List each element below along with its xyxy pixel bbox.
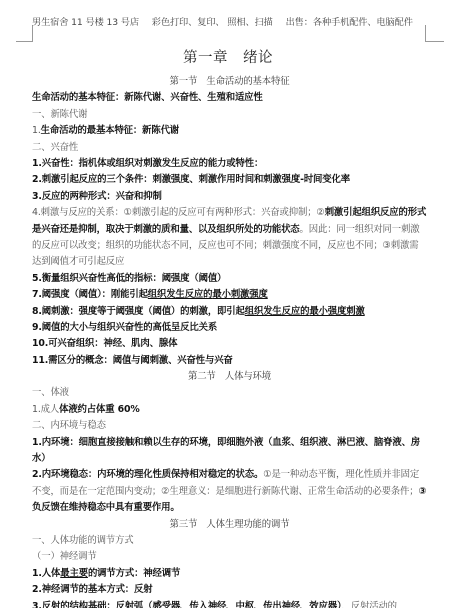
- list-item: 2.内环境稳态：内环境的理化性质保持相对稳定的状态。①是一种动态平衡，理化性质并…: [32, 467, 427, 516]
- list-item: 1.成人体液约占体重 60%: [32, 402, 427, 418]
- subheading: 一、新陈代谢: [32, 107, 427, 123]
- section-title: 第一节 生命活动的基本特征: [32, 74, 427, 90]
- subheading: 一、体液: [32, 385, 427, 401]
- header-sales: 出售：各种手机配件、电脑配件: [286, 17, 413, 28]
- header-corner-mark-right: [425, 25, 444, 42]
- list-item: 5.衡量组织兴奋性高低的指标：阈强度（阈值）: [32, 271, 427, 287]
- list-item: 1.生命活动的最基本特征：新陈代谢: [32, 123, 427, 139]
- header-corner-mark-left: [16, 25, 33, 42]
- chapter-title: 第一章 绪论: [0, 46, 456, 67]
- subheading: （一）神经调节: [32, 549, 427, 565]
- list-item: 3.反应的两种形式：兴奋和抑制: [32, 189, 427, 205]
- list-item: 4.刺激与反应的关系：①刺激引起的反应可有两种形式：兴奋或抑制；②刺激引起组织反…: [32, 205, 427, 271]
- list-item: 1.兴奋性：指机体或组织对刺激发生反应的能力或特性：: [32, 156, 427, 172]
- subheading: 一、人体功能的调节方式: [32, 533, 427, 549]
- list-item: 7.阈强度（阈值）：刚能引起组织发生反应的最小刺激强度: [32, 287, 427, 303]
- header-location: 男生宿舍 11 号楼 13 号店: [32, 17, 139, 28]
- list-item: 2.神经调节的基本方式：反射: [32, 582, 427, 598]
- header-services: 彩色打印、复印、 照相、扫描: [152, 17, 273, 28]
- list-item: 8.阈刺激：强度等于阈强度（阈值）的刺激，即引起组织发生反应的最小强度刺激: [32, 304, 427, 320]
- list-item: 1.人体最主要的调节方式：神经调节: [32, 566, 427, 582]
- subheading: 二、兴奋性: [32, 140, 427, 156]
- list-item: 2.刺激引起反应的三个条件：刺激强度、刺激作用时间和刺激强度-时间变化率: [32, 172, 427, 188]
- section-summary: 生命活动的基本特征：新陈代谢、兴奋性、生殖和适应性: [32, 90, 427, 106]
- subheading: 二、内环境与稳态: [32, 418, 427, 434]
- list-item: 3.反射的结构基础：反射弧（感受器、传入神经、中枢、传出神经、效应器），反射活动…: [32, 599, 427, 608]
- list-item: 1.内环境：细胞直接接触和赖以生存的环境，即细胞外液（血浆、组织液、淋巴液、脑脊…: [32, 435, 427, 468]
- list-item: 10.可兴奋组织：神经、肌肉、腺体: [32, 336, 427, 352]
- section-title: 第二节 人体与环境: [32, 369, 427, 385]
- document-body: 第一节 生命活动的基本特征 生命活动的基本特征：新陈代谢、兴奋性、生殖和适应性 …: [32, 74, 427, 608]
- section-title: 第三节 人体生理功能的调节: [32, 517, 427, 533]
- list-item: 11.需区分的概念：阈值与阈刺激、兴奋性与兴奋: [32, 353, 427, 369]
- list-item: 9.阈值的大小与组织兴奋性的高低呈反比关系: [32, 320, 427, 336]
- page-header: 男生宿舍 11 号楼 13 号店 彩色打印、复印、 照相、扫描 出售：各种手机配…: [32, 14, 427, 28]
- document-page: 男生宿舍 11 号楼 13 号店 彩色打印、复印、 照相、扫描 出售：各种手机配…: [0, 0, 456, 608]
